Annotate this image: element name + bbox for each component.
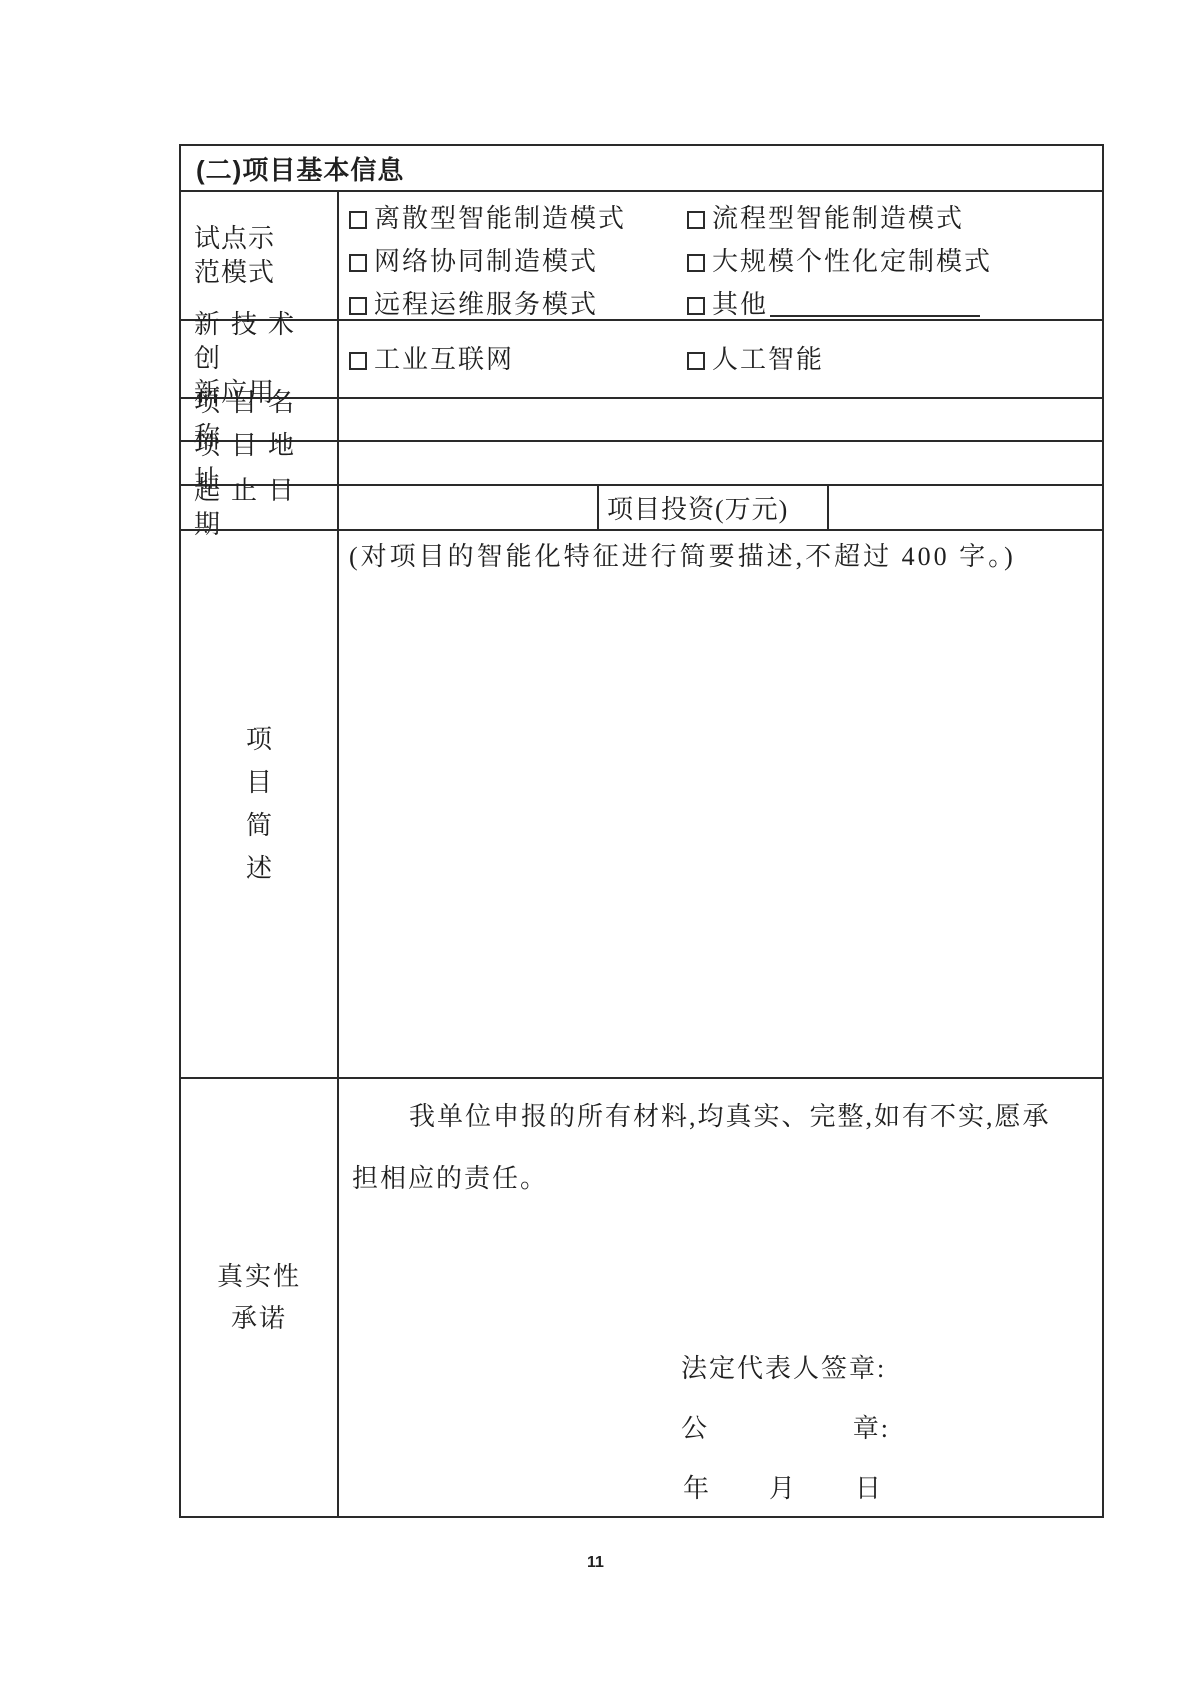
checkbox-option-label: 大规模个性化定制模式: [712, 247, 992, 276]
new-tech-options-cell: 工业互联网 人工智能: [337, 321, 1102, 397]
date-input-cell[interactable]: [337, 486, 597, 529]
commitment-statement-line1: 我单位申报的所有材料,均真实、完整,如有不实,愿承: [352, 1086, 1090, 1148]
brief-label-char: 项: [181, 718, 337, 761]
project-name-input-cell[interactable]: [337, 399, 1102, 440]
checkbox-option-discrete[interactable]: 离散型智能制造模式: [349, 197, 687, 240]
checkbox-icon[interactable]: [687, 297, 705, 315]
pilot-mode-label-line1: 试点示: [194, 222, 337, 256]
table-header-row: (二)项目基本信息: [181, 146, 1102, 190]
document-page: (二)项目基本信息 试点示 范模式 离散型智能制造模式 网络协同制造模式 远程运…: [0, 0, 1191, 1684]
new-tech-option-column-1: 工业互联网: [349, 338, 687, 381]
year-label: 年: [683, 1459, 711, 1519]
official-seal-label: 公 章:: [681, 1399, 890, 1459]
project-brief-row: 项 目 简 述 (对项目的智能化特征进行简要描述,不超过 400 字。): [181, 529, 1102, 1077]
checkbox-option-label: 人工智能: [712, 345, 824, 374]
commitment-content-cell: 我单位申报的所有材料,均真实、完整,如有不实,愿承 担相应的责任。 法定代表人签…: [337, 1079, 1102, 1516]
investment-input-cell[interactable]: [827, 486, 1102, 529]
other-fill-in-line[interactable]: [770, 289, 980, 317]
pilot-mode-label-line2: 范模式: [194, 256, 337, 290]
pilot-mode-options-cell: 离散型智能制造模式 网络协同制造模式 远程运维服务模式 流程型智能制造模式 大规…: [337, 192, 1102, 319]
pilot-options-columns: 离散型智能制造模式 网络协同制造模式 远程运维服务模式 流程型智能制造模式 大规…: [339, 192, 1102, 326]
project-address-input-cell[interactable]: [337, 442, 1102, 484]
checkbox-option-label: 远程运维服务模式: [374, 290, 598, 319]
project-brief-label: 项 目 简 述: [181, 531, 337, 1077]
checkbox-icon[interactable]: [687, 352, 705, 370]
date-label: 起止日期: [181, 486, 337, 529]
checkbox-option-other[interactable]: 其他: [687, 283, 1102, 326]
checkbox-icon[interactable]: [687, 254, 705, 272]
checkbox-option-masscustom[interactable]: 大规模个性化定制模式: [687, 240, 1102, 283]
project-brief-input-cell[interactable]: (对项目的智能化特征进行简要描述,不超过 400 字。): [337, 531, 1102, 1077]
page-number: 11: [0, 1554, 1191, 1572]
date-investment-row: 起止日期 项目投资(万元): [181, 484, 1102, 529]
checkbox-icon[interactable]: [349, 352, 367, 370]
month-label: 月: [769, 1459, 797, 1519]
brief-label-char: 目: [181, 761, 337, 804]
investment-label: 项目投资(万元): [597, 486, 827, 529]
checkbox-icon[interactable]: [349, 211, 367, 229]
new-tech-label-line1: 新技术创: [194, 308, 337, 376]
seal-label-right: 章:: [853, 1399, 890, 1459]
new-tech-option-column-2: 人工智能: [687, 338, 1102, 381]
legal-representative-signature-label: 法定代表人签章:: [681, 1339, 890, 1399]
checkbox-option-remote[interactable]: 远程运维服务模式: [349, 283, 687, 326]
checkbox-option-industrial-internet[interactable]: 工业互联网: [349, 338, 687, 381]
checkbox-icon[interactable]: [349, 297, 367, 315]
checkbox-option-label: 工业互联网: [374, 345, 514, 374]
date-signature-line: 年 月 日: [683, 1459, 883, 1519]
new-tech-options-columns: 工业互联网 人工智能: [339, 321, 1102, 397]
checkbox-option-label: 流程型智能制造模式: [712, 204, 964, 233]
checkbox-option-label: 离散型智能制造模式: [374, 204, 626, 233]
section-title: (二)项目基本信息: [181, 150, 404, 187]
seal-label-left: 公: [681, 1399, 709, 1459]
checkbox-option-network[interactable]: 网络协同制造模式: [349, 240, 687, 283]
commitment-label-line1: 真实性: [181, 1256, 337, 1298]
checkbox-option-ai[interactable]: 人工智能: [687, 338, 1102, 381]
checkbox-option-label: 网络协同制造模式: [374, 247, 598, 276]
commitment-label-line2: 承诺: [181, 1298, 337, 1340]
brief-label-char: 述: [181, 847, 337, 890]
checkbox-option-label: 其他: [712, 290, 768, 319]
checkbox-icon[interactable]: [349, 254, 367, 272]
brief-label-char: 简: [181, 804, 337, 847]
pilot-options-column-2: 流程型智能制造模式 大规模个性化定制模式 其他: [687, 197, 1102, 326]
checkbox-icon[interactable]: [687, 211, 705, 229]
signature-block: 法定代表人签章: 公 章: 年 月 日: [681, 1339, 890, 1519]
pilot-options-column-1: 离散型智能制造模式 网络协同制造模式 远程运维服务模式: [349, 197, 687, 326]
commitment-statement-line2: 担相应的责任。: [352, 1148, 1090, 1210]
day-label: 日: [855, 1459, 883, 1519]
brief-hint-text: (对项目的智能化特征进行简要描述,不超过 400 字。): [339, 531, 1102, 577]
project-info-table: (二)项目基本信息 试点示 范模式 离散型智能制造模式 网络协同制造模式 远程运…: [179, 144, 1104, 1518]
pilot-mode-row: 试点示 范模式 离散型智能制造模式 网络协同制造模式 远程运维服务模式 流程型智…: [181, 190, 1102, 319]
commitment-label: 真实性 承诺: [181, 1079, 337, 1516]
checkbox-option-process[interactable]: 流程型智能制造模式: [687, 197, 1102, 240]
commitment-row: 真实性 承诺 我单位申报的所有材料,均真实、完整,如有不实,愿承 担相应的责任。…: [181, 1077, 1102, 1516]
pilot-mode-label: 试点示 范模式: [181, 192, 337, 319]
commitment-statement: 我单位申报的所有材料,均真实、完整,如有不实,愿承 担相应的责任。: [339, 1079, 1102, 1210]
